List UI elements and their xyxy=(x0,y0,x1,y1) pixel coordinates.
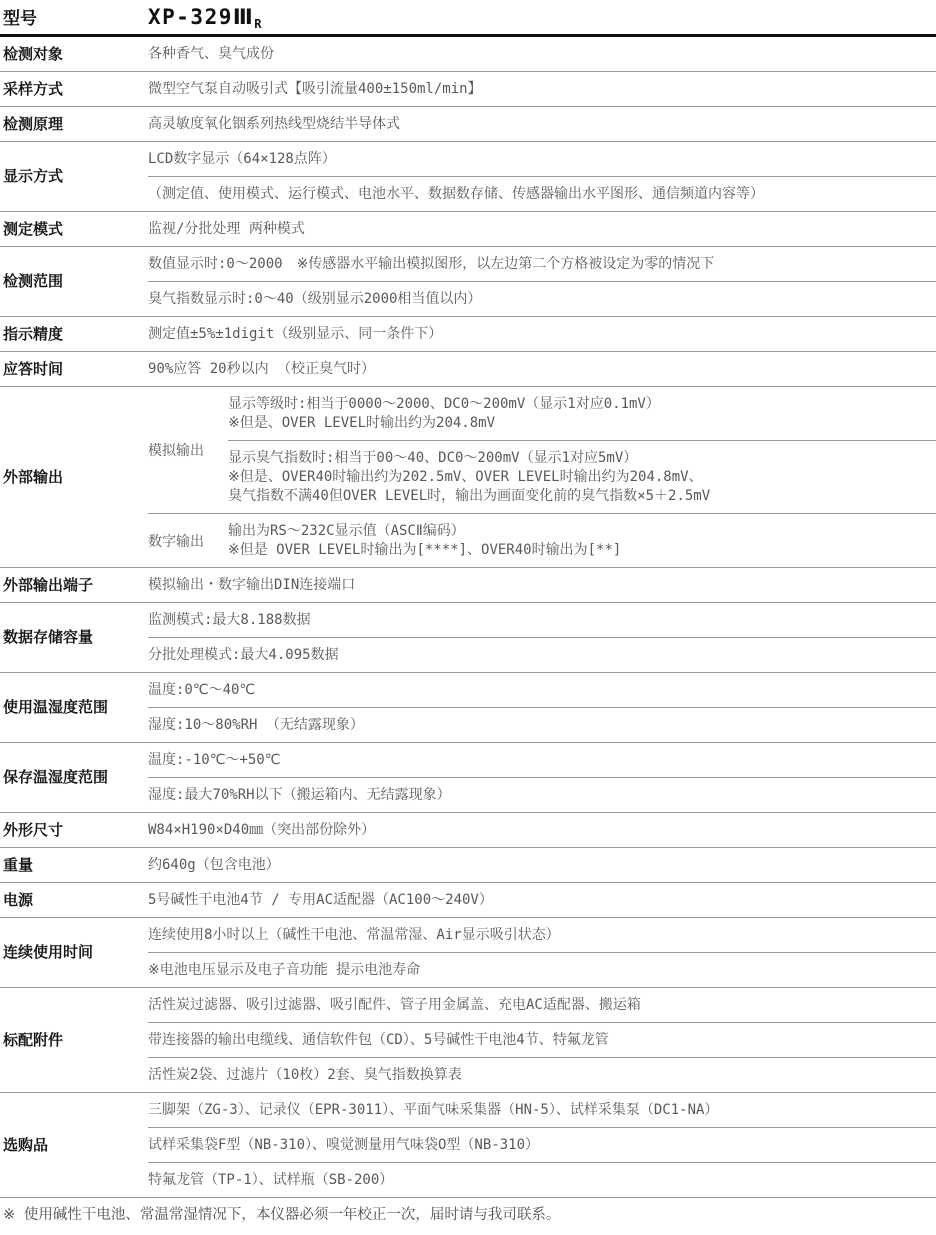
spec-text-line: 三脚架（ZG-3）、记录仪（EPR-3011）、平面气味采集器（HN-5）、试样… xyxy=(148,1101,930,1120)
table-row: 显示方式LCD数字显示（64×128点阵）（测定值、使用模式、运行模式、电池水平… xyxy=(0,142,936,212)
spec-cell: 监测模式:最大8.188数据 xyxy=(148,603,936,637)
row-content: 测定值±5%±1digit（级别显示、同一条件下） xyxy=(148,317,936,351)
spec-cell: 湿度:10～80%RH （无结露现象） xyxy=(148,707,936,742)
spec-text-line: 活性炭过滤器、吸引过滤器、吸引配件、管子用金属盖、充电AC适配器、搬运箱 xyxy=(148,996,930,1015)
row-content: 监测模式:最大8.188数据分批处理模式:最大4.095数据 xyxy=(148,603,936,672)
spec-table: 型号 XP-329ⅢR 检测对象各种香气、臭气成份采样方式微型空气泵自动吸引式【… xyxy=(0,0,936,1233)
spec-cell: 湿度:最大70%RH以下（搬运箱内、无结露现象） xyxy=(148,777,936,812)
spec-text-line: 各种香气、臭气成份 xyxy=(148,45,930,64)
spec-text-line: ※电池电压显示及电子音功能 提示电池寿命 xyxy=(148,961,930,980)
spec-rows: 检测对象各种香气、臭气成份采样方式微型空气泵自动吸引式【吸引流量400±150m… xyxy=(0,37,936,1198)
sub-row-label: 数字输出 xyxy=(148,514,228,567)
table-row: 采样方式微型空气泵自动吸引式【吸引流量400±150ml/min】 xyxy=(0,72,936,107)
spec-cell: 分批处理模式:最大4.095数据 xyxy=(148,637,936,672)
spec-cell: 5号碱性干电池4节 / 专用AC适配器（AC100～240V） xyxy=(148,883,936,917)
row-content: 温度:0℃～40℃湿度:10～80%RH （无结露现象） xyxy=(148,673,936,742)
row-content: 温度:-10℃～+50℃湿度:最大70%RH以下（搬运箱内、无结露现象） xyxy=(148,743,936,812)
spec-cell: 显示臭气指数时:相当于00～40、DC0～200mV（显示1对应5mV）※但是、… xyxy=(228,440,936,513)
table-row: 连续使用时间连续使用8小时以上（碱性干电池、常温常湿、Air显示吸引状态）※电池… xyxy=(0,918,936,988)
spec-cell: 连续使用8小时以上（碱性干电池、常温常湿、Air显示吸引状态） xyxy=(148,918,936,952)
table-row: 测定模式监视/分批处理 两种模式 xyxy=(0,212,936,247)
spec-text-line: 高灵敏度氧化铟系列热线型烧结半导体式 xyxy=(148,115,930,134)
spec-cell: 臭气指数显示时:0～40（级别显示2000相当值以内） xyxy=(148,281,936,316)
row-label: 外部输出端子 xyxy=(0,568,148,602)
spec-text-line: 特氟龙管（TP-1）、试样瓶（SB-200） xyxy=(148,1171,930,1190)
row-label: 检测原理 xyxy=(0,107,148,141)
spec-cell: ※电池电压显示及电子音功能 提示电池寿命 xyxy=(148,952,936,987)
table-row: 外形尺寸W84×H190×D40㎜（突出部份除外） xyxy=(0,813,936,848)
model-number-suffix: R xyxy=(254,17,261,31)
row-content: 监视/分批处理 两种模式 xyxy=(148,212,936,246)
spec-text-line: 5号碱性干电池4节 / 专用AC适配器（AC100～240V） xyxy=(148,891,930,910)
spec-text-line: W84×H190×D40㎜（突出部份除外） xyxy=(148,821,930,840)
spec-cell: 带连接器的输出电缆线、通信软件包（CD）、5号碱性干电池4节、特氟龙管 xyxy=(148,1022,936,1057)
spec-text-line: 温度:-10℃～+50℃ xyxy=(148,751,930,770)
row-label: 保存温湿度范围 xyxy=(0,743,148,812)
row-label: 连续使用时间 xyxy=(0,918,148,987)
table-row: 电源5号碱性干电池4节 / 专用AC适配器（AC100～240V） xyxy=(0,883,936,918)
row-label: 测定模式 xyxy=(0,212,148,246)
spec-text-line: 活性炭2袋、过滤片（10枚）2套、臭气指数换算表 xyxy=(148,1066,930,1085)
spec-cell: 各种香气、臭气成份 xyxy=(148,37,936,71)
row-content: 约640g（包含电池） xyxy=(148,848,936,882)
spec-cell: LCD数字显示（64×128点阵） xyxy=(148,142,936,176)
table-row: 检测对象各种香气、臭气成份 xyxy=(0,37,936,72)
row-content: 连续使用8小时以上（碱性干电池、常温常湿、Air显示吸引状态）※电池电压显示及电… xyxy=(148,918,936,987)
row-label: 应答时间 xyxy=(0,352,148,386)
row-content: 各种香气、臭气成份 xyxy=(148,37,936,71)
spec-cell: 活性炭过滤器、吸引过滤器、吸引配件、管子用金属盖、充电AC适配器、搬运箱 xyxy=(148,988,936,1022)
spec-cell: 试样采集袋F型（NB-310）、嗅觉测量用气味袋O型（NB-310） xyxy=(148,1127,936,1162)
sub-row: 数字输出输出为RS～232C显示值（ASCⅡ编码）※但是 OVER LEVEL时… xyxy=(148,513,936,567)
row-label: 重量 xyxy=(0,848,148,882)
spec-text-line: 测定值±5%±1digit（级别显示、同一条件下） xyxy=(148,325,930,344)
row-content: 5号碱性干电池4节 / 专用AC适配器（AC100～240V） xyxy=(148,883,936,917)
table-row: 检测原理高灵敏度氧化铟系列热线型烧结半导体式 xyxy=(0,107,936,142)
table-row: 重量约640g（包含电池） xyxy=(0,848,936,883)
row-label: 指示精度 xyxy=(0,317,148,351)
table-row: 保存温湿度范围温度:-10℃～+50℃湿度:最大70%RH以下（搬运箱内、无结露… xyxy=(0,743,936,813)
row-content: LCD数字显示（64×128点阵）（测定值、使用模式、运行模式、电池水平、数据数… xyxy=(148,142,936,211)
spec-text-line: ※但是、OVER LEVEL时输出约为204.8mV xyxy=(228,414,930,433)
sub-row-content: 显示等级时:相当于0000～2000、DC0～200mV（显示1对应0.1mV）… xyxy=(228,387,936,513)
spec-cell: 温度:0℃～40℃ xyxy=(148,673,936,707)
table-row: 使用温湿度范围温度:0℃～40℃湿度:10～80%RH （无结露现象） xyxy=(0,673,936,743)
spec-cell: 三脚架（ZG-3）、记录仪（EPR-3011）、平面气味采集器（HN-5）、试样… xyxy=(148,1093,936,1127)
row-label: 使用温湿度范围 xyxy=(0,673,148,742)
spec-text-line: 90%应答 20秒以内 （校正臭气时） xyxy=(148,360,930,379)
row-label: 采样方式 xyxy=(0,72,148,106)
spec-cell: 输出为RS～232C显示值（ASCⅡ编码）※但是 OVER LEVEL时输出为[… xyxy=(228,514,936,567)
row-content: 模拟输出・数字输出DIN连接端口 xyxy=(148,568,936,602)
spec-text-line: 臭气指数不满40但OVER LEVEL时，输出为画面变化前的臭气指数×5＋2.5… xyxy=(228,487,930,506)
sub-row-label: 模拟输出 xyxy=(148,387,228,513)
spec-text-line: 监视/分批处理 两种模式 xyxy=(148,220,930,239)
spec-text-line: LCD数字显示（64×128点阵） xyxy=(148,150,930,169)
spec-cell: W84×H190×D40㎜（突出部份除外） xyxy=(148,813,936,847)
spec-text-line: 模拟输出・数字输出DIN连接端口 xyxy=(148,576,930,595)
spec-text-line: 臭气指数显示时:0～40（级别显示2000相当值以内） xyxy=(148,290,930,309)
row-label: 检测对象 xyxy=(0,37,148,71)
spec-text-line: ※但是 OVER LEVEL时输出为[****]、OVER40时输出为[**] xyxy=(228,541,930,560)
spec-text-line: 数值显示时:0～2000 ※传感器水平输出模拟图形，以左边第二个方格被设定为零的… xyxy=(148,255,930,274)
table-row: 选购品三脚架（ZG-3）、记录仪（EPR-3011）、平面气味采集器（HN-5）… xyxy=(0,1093,936,1198)
spec-cell: 特氟龙管（TP-1）、试样瓶（SB-200） xyxy=(148,1162,936,1197)
row-content: 活性炭过滤器、吸引过滤器、吸引配件、管子用金属盖、充电AC适配器、搬运箱带连接器… xyxy=(148,988,936,1092)
spec-text-line: 带连接器的输出电缆线、通信软件包（CD）、5号碱性干电池4节、特氟龙管 xyxy=(148,1031,930,1050)
table-row: 检测范围数值显示时:0～2000 ※传感器水平输出模拟图形，以左边第二个方格被设… xyxy=(0,247,936,317)
spec-text-line: 湿度:最大70%RH以下（搬运箱内、无结露现象） xyxy=(148,786,930,805)
row-label: 检测范围 xyxy=(0,247,148,316)
spec-cell: 温度:-10℃～+50℃ xyxy=(148,743,936,777)
spec-text-line: 监测模式:最大8.188数据 xyxy=(148,611,930,630)
spec-cell: 显示等级时:相当于0000～2000、DC0～200mV（显示1对应0.1mV）… xyxy=(228,387,936,440)
spec-text-line: 输出为RS～232C显示值（ASCⅡ编码） xyxy=(228,522,930,541)
spec-cell: 高灵敏度氧化铟系列热线型烧结半导体式 xyxy=(148,107,936,141)
spec-cell: 数值显示时:0～2000 ※传感器水平输出模拟图形，以左边第二个方格被设定为零的… xyxy=(148,247,936,281)
spec-cell: 测定值±5%±1digit（级别显示、同一条件下） xyxy=(148,317,936,351)
spec-text-line: ※但是、OVER40时输出约为202.5mV、OVER LEVEL时输出约为20… xyxy=(228,468,930,487)
spec-cell: 模拟输出・数字输出DIN连接端口 xyxy=(148,568,936,602)
sub-row-content: 输出为RS～232C显示值（ASCⅡ编码）※但是 OVER LEVEL时输出为[… xyxy=(228,514,936,567)
table-header-row: 型号 XP-329ⅢR xyxy=(0,0,936,37)
model-number: XP-329ⅢR xyxy=(148,5,261,29)
spec-cell: （测定值、使用模式、运行模式、电池水平、数据数存储、传感器输出水平图形、通信频道… xyxy=(148,176,936,211)
model-label: 型号 xyxy=(3,4,148,29)
row-label: 标配附件 xyxy=(0,988,148,1092)
spec-cell: 活性炭2袋、过滤片（10枚）2套、臭气指数换算表 xyxy=(148,1057,936,1092)
spec-text-line: 湿度:10～80%RH （无结露现象） xyxy=(148,716,930,735)
spec-cell: 90%应答 20秒以内 （校正臭气时） xyxy=(148,352,936,386)
table-row: 数据存储容量监测模式:最大8.188数据分批处理模式:最大4.095数据 xyxy=(0,603,936,673)
row-label: 外部输出 xyxy=(0,387,148,567)
table-row: 应答时间90%应答 20秒以内 （校正臭气时） xyxy=(0,352,936,387)
spec-text-line: 分批处理模式:最大4.095数据 xyxy=(148,646,930,665)
spec-text-line: 温度:0℃～40℃ xyxy=(148,681,930,700)
row-content: 高灵敏度氧化铟系列热线型烧结半导体式 xyxy=(148,107,936,141)
row-content: W84×H190×D40㎜（突出部份除外） xyxy=(148,813,936,847)
sub-row: 模拟输出显示等级时:相当于0000～2000、DC0～200mV（显示1对应0.… xyxy=(148,387,936,513)
row-content: 模拟输出显示等级时:相当于0000～2000、DC0～200mV（显示1对应0.… xyxy=(148,387,936,567)
model-number-main: XP-329Ⅲ xyxy=(148,5,254,29)
row-label: 外形尺寸 xyxy=(0,813,148,847)
row-content: 90%应答 20秒以内 （校正臭气时） xyxy=(148,352,936,386)
spec-cell: 微型空气泵自动吸引式【吸引流量400±150ml/min】 xyxy=(148,72,936,106)
row-label: 显示方式 xyxy=(0,142,148,211)
table-row: 标配附件活性炭过滤器、吸引过滤器、吸引配件、管子用金属盖、充电AC适配器、搬运箱… xyxy=(0,988,936,1093)
spec-text-line: 试样采集袋F型（NB-310）、嗅觉测量用气味袋O型（NB-310） xyxy=(148,1136,930,1155)
spec-cell: 监视/分批处理 两种模式 xyxy=(148,212,936,246)
row-label: 数据存储容量 xyxy=(0,603,148,672)
spec-cell: 约640g（包含电池） xyxy=(148,848,936,882)
footnote: ※ 使用碱性干电池、常温常湿情况下，本仪器必须一年校正一次，届时请与我司联系。 xyxy=(0,1198,936,1233)
row-content: 微型空气泵自动吸引式【吸引流量400±150ml/min】 xyxy=(148,72,936,106)
spec-text-line: 连续使用8小时以上（碱性干电池、常温常湿、Air显示吸引状态） xyxy=(148,926,930,945)
spec-text-line: 显示臭气指数时:相当于00～40、DC0～200mV（显示1对应5mV） xyxy=(228,449,930,468)
row-label: 电源 xyxy=(0,883,148,917)
table-row: 指示精度测定值±5%±1digit（级别显示、同一条件下） xyxy=(0,317,936,352)
spec-text-line: 约640g（包含电池） xyxy=(148,856,930,875)
spec-text-line: 微型空气泵自动吸引式【吸引流量400±150ml/min】 xyxy=(148,80,930,99)
row-content: 数值显示时:0～2000 ※传感器水平输出模拟图形，以左边第二个方格被设定为零的… xyxy=(148,247,936,316)
table-row: 外部输出端子模拟输出・数字输出DIN连接端口 xyxy=(0,568,936,603)
row-label: 选购品 xyxy=(0,1093,148,1197)
spec-text-line: 显示等级时:相当于0000～2000、DC0～200mV（显示1对应0.1mV） xyxy=(228,395,930,414)
spec-text-line: （测定值、使用模式、运行模式、电池水平、数据数存储、传感器输出水平图形、通信频道… xyxy=(148,185,930,204)
table-row: 外部输出模拟输出显示等级时:相当于0000～2000、DC0～200mV（显示1… xyxy=(0,387,936,568)
row-content: 三脚架（ZG-3）、记录仪（EPR-3011）、平面气味采集器（HN-5）、试样… xyxy=(148,1093,936,1197)
